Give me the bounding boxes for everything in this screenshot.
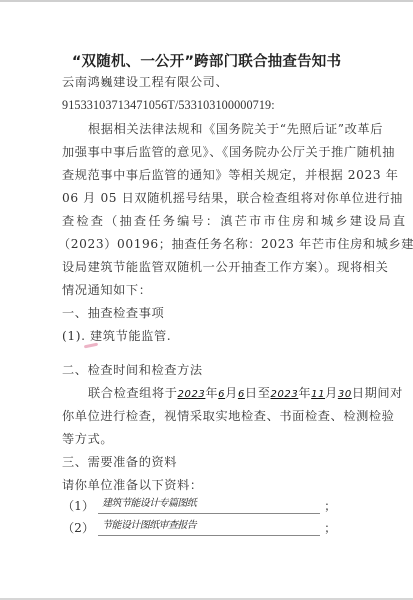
material-item-2-value: 节能设计图纸审查报告 bbox=[102, 518, 196, 534]
section3-heading: 三、需要准备的资料 bbox=[62, 454, 177, 470]
recipient-code: 91533103713471056T/533103100000719: bbox=[62, 97, 275, 113]
section3-prompt: 请你单位准备以下资料： bbox=[62, 477, 203, 493]
intro-line-2: 加强事中事后监管的意见》、《国务院办公厅关于推广随机抽 bbox=[62, 144, 395, 160]
end-month-field[interactable]: 11 bbox=[311, 389, 325, 400]
material-item-1-field[interactable]: 建筑节能设计专篇图纸 bbox=[98, 499, 320, 514]
month-label: 月 bbox=[225, 386, 238, 400]
intro-line-5: 查检查（抽查任务编号：滇芒市市住房和城乡建设局直 bbox=[62, 213, 407, 229]
material-item-1-end: ； bbox=[324, 499, 336, 513]
section2-date-line: 联合检查组将于2023年6月6日至2023年11月30日期间对 bbox=[88, 385, 403, 403]
year-label: 年 bbox=[205, 386, 218, 400]
material-item-2-label: （2） bbox=[62, 521, 94, 535]
material-item-2-end: ； bbox=[324, 521, 336, 535]
recipient-name: 云南鸿巍建设工程有限公司、 bbox=[62, 74, 228, 90]
section2-heading: 二、检查时间和检查方法 bbox=[62, 362, 203, 378]
material-item-1-label: （1） bbox=[62, 499, 94, 513]
material-item-1-value: 建筑节能设计专篇图纸 bbox=[102, 496, 196, 512]
intro-line-4: 06 月 05 日双随机摇号结果，联合检查组将对你单位进行抽 bbox=[62, 190, 403, 206]
section1-heading: 一、抽查检查事项 bbox=[62, 305, 164, 321]
intro-line-7: 设局建筑节能监管双随机一公开抽查工作方案）。现将相关 bbox=[62, 259, 388, 275]
date-prefix: 联合检查组将于 bbox=[88, 386, 178, 400]
section1-item-1: (1). 建筑节能监管. bbox=[62, 328, 171, 344]
start-day-field[interactable]: 6 bbox=[238, 389, 245, 400]
day-to-label: 日至 bbox=[245, 386, 271, 400]
intro-line-8: 情况通知如下： bbox=[62, 282, 152, 298]
date-suffix: 日期间对 bbox=[352, 386, 403, 400]
material-item-2: （2）节能设计图纸审查报告； bbox=[62, 520, 336, 536]
notice-document: “双随机、一公开”跨部门联合抽查告知书 云南鸿巍建设工程有限公司、 915331… bbox=[0, 0, 413, 600]
material-item-1: （1）建筑节能设计专篇图纸； bbox=[62, 498, 336, 514]
end-day-field[interactable]: 30 bbox=[338, 389, 352, 400]
intro-line-6: （2023）00196；抽查任务名称：2023 年芒市住房和城乡建 bbox=[58, 236, 413, 252]
intro-line-3: 查规范事中事后监管的通知》等相关规定，并根据 2023 年 bbox=[62, 167, 398, 183]
end-year-field[interactable]: 2023 bbox=[270, 389, 298, 400]
section2-line-3: 等方式。 bbox=[62, 431, 113, 447]
month-label-2: 月 bbox=[325, 386, 338, 400]
start-year-field[interactable]: 2023 bbox=[178, 389, 206, 400]
section2-line-2: 你单位进行检查，视情采取实地检查、书面检查、检测检验 bbox=[62, 408, 394, 424]
document-title: “双随机、一公开”跨部门联合抽查告知书 bbox=[0, 50, 413, 71]
intro-line-1: 根据相关法律法规和《国务院关于“先照后证”改革后 bbox=[88, 121, 383, 137]
year-label-2: 年 bbox=[298, 386, 311, 400]
material-item-2-field[interactable]: 节能设计图纸审查报告 bbox=[98, 521, 320, 536]
